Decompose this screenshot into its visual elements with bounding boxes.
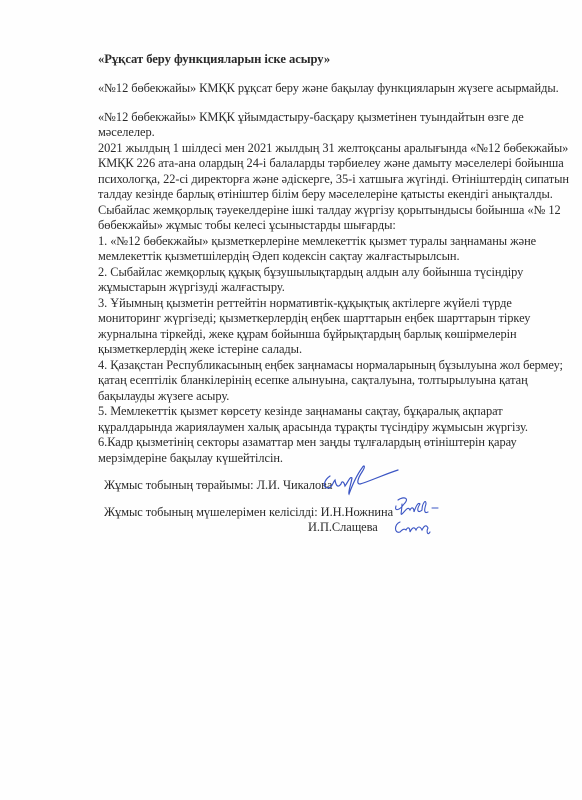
members-signature-icon	[388, 494, 448, 538]
body-line: Сыбайлас жемқорлық тәуекелдеріне ішкі та…	[98, 203, 561, 218]
body-line: қатаң есептілік бланкілерінің есепке алы…	[98, 373, 528, 388]
paragraph-1: «№12 бөбекжайы» КМҚК рұқсат беру және ба…	[98, 81, 559, 96]
members-signature-line: Жұмыс тобының мүшелерімен келісілді: И.Н…	[104, 505, 393, 520]
body-line: 5. Мемлекеттік қызмет көрсету кезінде за…	[98, 404, 503, 419]
body-line: құралдарында жариялаумен халық арасында …	[98, 420, 528, 435]
chair-signature-icon	[318, 462, 414, 496]
chair-signature-line: Жұмыс тобының төрайымы: Л.И. Чикалова	[104, 478, 332, 493]
body-line: мониторинг жүргізеді; қызметкерлердің ең…	[98, 311, 530, 326]
body-line: мерзімдеріне бақылау күшейтілсін.	[98, 451, 283, 466]
document-title: «Рұқсат беру функцияларын іске асыру»	[98, 52, 330, 67]
body-line: жұмыстарын жүргізуді жалғастыру.	[98, 280, 285, 295]
body-line: бөбекжайы» жұмыс тобы келесі ұсыныстарды…	[98, 218, 396, 233]
body-line: 6.Кадр қызметінің секторы азаматтар мен …	[98, 435, 517, 450]
body-line: 1. «№12 бөбекжайы» қызметкерлеріне мемле…	[98, 234, 536, 249]
body-line: бақылауды жүзеге асыру.	[98, 389, 229, 404]
body-line: 3. Ұйымның қызметін реттейтін нормативті…	[98, 296, 512, 311]
body-line: журналына тіркейді, жеке құрам бойынша б…	[98, 327, 517, 342]
body-line: психологқа, 22-сі директорға және әдіске…	[98, 172, 569, 187]
body-line: мемлекеттік қызметшілердің Әдеп кодексін…	[98, 249, 460, 264]
body-line: 2021 жылдың 1 шілдесі мен 2021 жылдың 31…	[98, 141, 568, 156]
body-line: 4. Қазақстан Республикасының еңбек заңна…	[98, 358, 563, 373]
body-line: «№12 бөбекжайы» КМҚК ұйымдастыру-басқару…	[98, 110, 524, 125]
body-line: КМҚК 226 ата-ана олардың 24-і балаларды …	[98, 156, 564, 171]
body-line: мәселелер.	[98, 125, 155, 140]
document-page: «Рұқсат беру функцияларын іске асыру» «№…	[0, 0, 582, 800]
member2-name: И.П.Слащева	[308, 520, 378, 535]
body-line: 2. Сыбайлас жемқорлық құқық бұзушылықтар…	[98, 265, 523, 280]
body-line: талдау кезінде барлық өтініштер білім бе…	[98, 187, 553, 202]
body-line: қызметкерлердің жеке істеріне салады.	[98, 342, 302, 357]
